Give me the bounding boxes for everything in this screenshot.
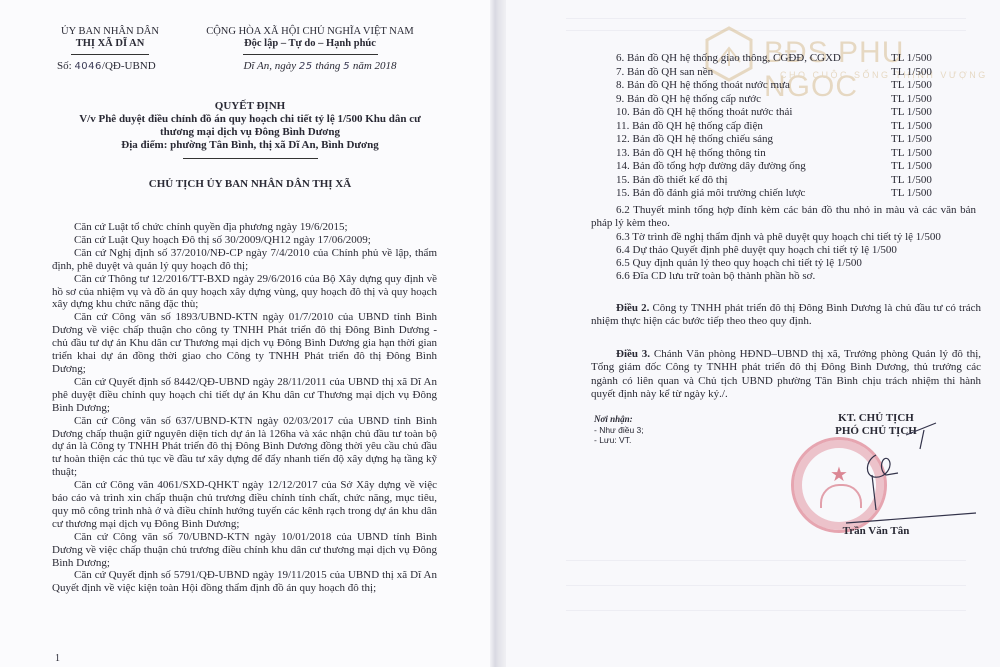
issuer-line-2: THỊ XÃ DĨ AN — [45, 38, 175, 50]
issuer-header: ỦY BAN NHÂN DÂN THỊ XÃ DĨ AN Số: 4046/QĐ… — [45, 26, 175, 73]
map-list-item: 15. Bản đồ thiết kế đô thịTL 1/500 — [616, 174, 946, 188]
map-label: 8. Bản đồ QH hệ thống thoát nước mưa — [616, 79, 790, 93]
map-list: 6. Bản đồ QH hệ thống giao thông, CGĐĐ, … — [616, 52, 946, 201]
subject-line-1: V/v Phê duyệt điều chỉnh đồ án quy hoạch… — [40, 113, 460, 126]
number-handwritten: 4046 — [74, 61, 101, 72]
map-label: 12. Bản đồ QH hệ thống chiếu sáng — [616, 133, 773, 147]
basis-item: Căn cứ Quyết định số 5791/QĐ-UBND ngày 1… — [52, 569, 437, 595]
page-gutter — [490, 0, 506, 667]
map-label: 10. Bản đồ QH hệ thống thoát nước thải — [616, 106, 792, 120]
decision-heading: QUYẾT ĐỊNH — [40, 100, 460, 113]
map-list-item: 13. Bản đồ QH hệ thống thông tinTL 1/500 — [616, 147, 946, 161]
issue-date: Dĩ An, ngày 25 tháng 5 năm 2018 — [190, 60, 430, 73]
map-label: 15. Bản đồ đánh giá môi trường chiến lượ… — [616, 187, 805, 201]
basis-item: Căn cứ Thông tư 12/2016/TT-BXD ngày 29/6… — [52, 273, 437, 312]
subject-line-2: thương mại dịch vụ Đông Bình Dương — [40, 126, 460, 139]
map-list-item: 11. Bản đồ QH hệ thống cấp điệnTL 1/500 — [616, 120, 946, 134]
map-scale: TL 1/500 — [891, 187, 946, 201]
map-scale: TL 1/500 — [891, 106, 946, 120]
map-scale: TL 1/500 — [891, 93, 946, 107]
basis-item: Căn cứ Công văn số 637/UBND-KTN ngày 02/… — [52, 415, 437, 480]
location-line: Địa điểm: phường Tân Bình, thị xã Dĩ An,… — [40, 139, 460, 152]
basis-item: Căn cứ Công văn 4061/SXD-QHKT ngày 12/12… — [52, 479, 437, 531]
legal-bases: Căn cứ Luật tổ chức chính quyền địa phươ… — [52, 221, 437, 595]
dossier-items: 6.2 Thuyết minh tổng hợp đính kèm các bả… — [591, 204, 976, 284]
dossier-item: 6.5 Quy định quản lý theo quy hoạch chi … — [591, 257, 976, 270]
basis-item: Căn cứ Công văn số 70/UBND-KTN ngày 10/0… — [52, 531, 437, 570]
national-header: CỘNG HÒA XÃ HỘI CHỦ NGHĨA VIỆT NAM Độc l… — [190, 26, 430, 73]
map-scale: TL 1/500 — [891, 52, 946, 66]
map-label: 11. Bản đồ QH hệ thống cấp điện — [616, 120, 763, 134]
map-label: 9. Bản đồ QH hệ thống cấp nước — [616, 93, 761, 107]
map-scale: TL 1/500 — [891, 147, 946, 161]
decision-number: Số: 4046/QĐ-UBND — [45, 60, 175, 73]
article-3-text: Chánh Văn phòng HĐND–UBND thị xã, Trưởng… — [591, 348, 981, 400]
article-2-text: Công ty TNHH phát triển đô thị Đông Bình… — [591, 302, 981, 327]
header-rule — [71, 54, 149, 55]
map-scale: TL 1/500 — [891, 120, 946, 134]
national-title: CỘNG HÒA XÃ HỘI CHỦ NGHĨA VIỆT NAM — [190, 26, 430, 38]
map-scale: TL 1/500 — [891, 174, 946, 188]
map-list-item: 6. Bản đồ QH hệ thống giao thông, CGĐĐ, … — [616, 52, 946, 66]
map-list-item: 7. Bản đồ QH san nềnTL 1/500 — [616, 66, 946, 80]
recipients-label: Nơi nhận: — [594, 414, 644, 425]
map-scale: TL 1/500 — [891, 79, 946, 93]
number-prefix: Số: — [57, 60, 72, 72]
map-label: 13. Bản đồ QH hệ thống thông tin — [616, 147, 766, 161]
basis-item: Căn cứ Nghị định số 37/2010/NĐ-CP ngày 7… — [52, 247, 437, 273]
document-page-2: BĐS PHU NGOC CHO CUỘC SỐNG THỊNH VƯỢNG 6… — [506, 0, 1000, 667]
recipients: Nơi nhận: - Như điều 3; - Lưu: VT. — [594, 414, 644, 446]
dossier-item: 6.2 Thuyết minh tổng hợp đính kèm các bả… — [591, 204, 976, 231]
article-3: Điều 3. Chánh Văn phòng HĐND–UBND thị xã… — [591, 348, 981, 401]
recipient-line: - Lưu: VT. — [594, 435, 644, 446]
number-suffix: /QĐ-UBND — [102, 60, 156, 72]
authority-heading: CHỦ TỊCH ỦY BAN NHÂN DÂN THỊ XÃ — [40, 178, 460, 190]
date-month: 5 — [343, 61, 350, 72]
date-year: năm 2018 — [353, 60, 397, 72]
article-3-label: Điều 3. — [616, 348, 650, 360]
dossier-item: 6.4 Dự thảo Quyết định phê duyệt quy hoạ… — [591, 244, 976, 257]
map-list-item: 9. Bản đồ QH hệ thống cấp nướcTL 1/500 — [616, 93, 946, 107]
document-page-1: ỦY BAN NHÂN DÂN THỊ XÃ DĨ AN Số: 4046/QĐ… — [0, 0, 490, 667]
map-list-item: 15. Bản đồ đánh giá môi trường chiến lượ… — [616, 187, 946, 201]
map-list-item: 10. Bản đồ QH hệ thống thoát nước thảiTL… — [616, 106, 946, 120]
map-label: 6. Bản đồ QH hệ thống giao thông, CGĐĐ, … — [616, 52, 841, 66]
date-prefix: Dĩ An, ngày — [243, 60, 296, 72]
map-scale: TL 1/500 — [891, 160, 946, 174]
title-rule — [183, 158, 318, 159]
article-2-label: Điều 2. — [616, 302, 649, 314]
dossier-item: 6.6 Đĩa CD lưu trữ toàn bộ thành phần hồ… — [591, 270, 976, 283]
national-motto: Độc lập – Tự do – Hạnh phúc — [190, 38, 430, 50]
map-list-item: 12. Bản đồ QH hệ thống chiếu sángTL 1/50… — [616, 133, 946, 147]
dossier-item: 6.3 Tờ trình đề nghị thẩm định và phê du… — [591, 231, 976, 244]
recipient-line: - Như điều 3; — [594, 425, 644, 436]
basis-item: Căn cứ Luật Quy hoạch Đô thị số 30/2009/… — [52, 234, 437, 247]
date-month-label: tháng — [315, 60, 340, 72]
map-list-item: 8. Bản đồ QH hệ thống thoát nước mưaTL 1… — [616, 79, 946, 93]
map-label: 7. Bản đồ QH san nền — [616, 66, 713, 80]
map-scale: TL 1/500 — [891, 66, 946, 80]
signer-name: Trần Văn Tân — [806, 525, 946, 537]
article-2: Điều 2. Công ty TNHH phát triển đô thị Đ… — [591, 302, 981, 329]
page-number: 1 — [55, 653, 60, 664]
date-day: 25 — [299, 61, 313, 72]
map-list-item: 14. Bản đồ tổng hợp đường dây đường ốngT… — [616, 160, 946, 174]
decision-title: QUYẾT ĐỊNH V/v Phê duyệt điều chỉnh đồ á… — [40, 100, 460, 159]
map-label: 15. Bản đồ thiết kế đô thị — [616, 174, 728, 188]
basis-item: Căn cứ Quyết định số 8442/QĐ-UBND ngày 2… — [52, 376, 437, 415]
map-scale: TL 1/500 — [891, 133, 946, 147]
basis-item: Căn cứ Luật tổ chức chính quyền địa phươ… — [52, 221, 437, 234]
map-label: 14. Bản đồ tổng hợp đường dây đường ống — [616, 160, 806, 174]
motto-rule — [243, 54, 378, 55]
basis-item: Căn cứ Công văn số 1893/UBND-KTN ngày 01… — [52, 311, 437, 376]
issuer-line-1: ỦY BAN NHÂN DÂN — [45, 26, 175, 38]
